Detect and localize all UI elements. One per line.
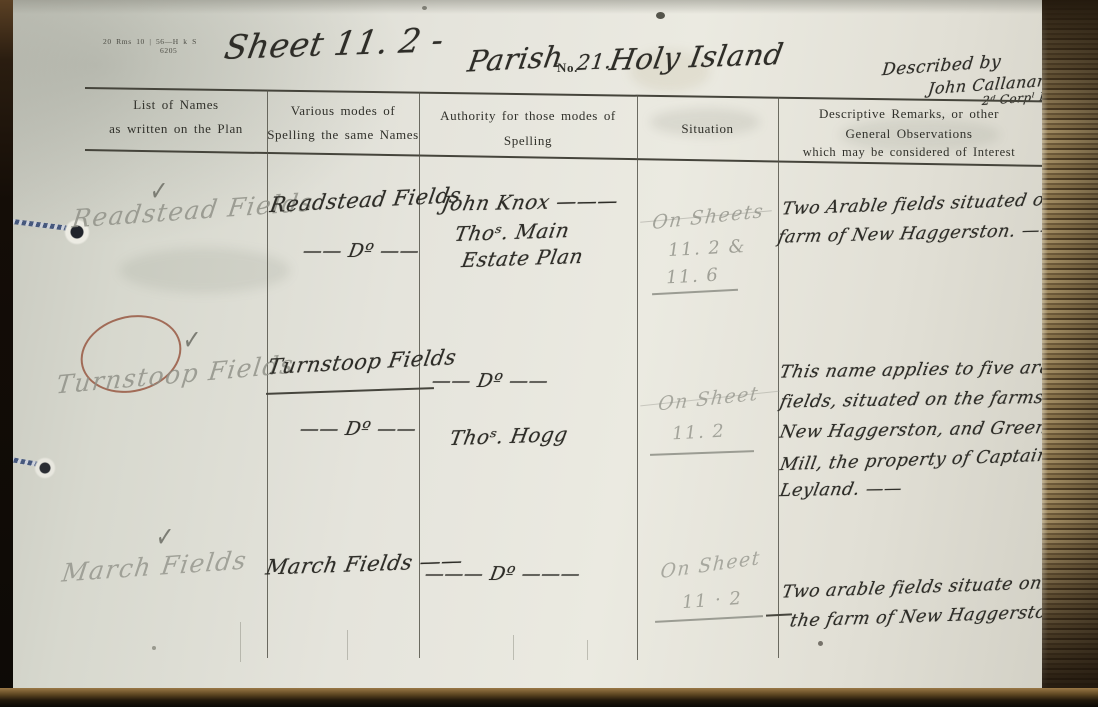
situation-entry: 11. 2 & bbox=[668, 236, 747, 261]
printer-stamp-line1: 20 Rms 10 | 56—H k S bbox=[103, 37, 197, 46]
col-header-names-line1: List of Names bbox=[85, 97, 267, 113]
printer-stamp-line2: 6205 bbox=[160, 46, 177, 55]
col-header-spelling-line1: Various modes of bbox=[267, 103, 419, 119]
situation-entry: 11. 2 bbox=[671, 421, 725, 445]
book-gutter-edge bbox=[0, 0, 13, 707]
col-header-authority-line2: Spelling bbox=[419, 133, 637, 149]
show-through-smudge bbox=[120, 248, 290, 293]
show-through-line bbox=[240, 622, 241, 662]
col-header-remarks-line2: General Observations bbox=[778, 126, 1040, 142]
book-bottom-edge bbox=[0, 688, 1098, 707]
page-top-shadow bbox=[12, 0, 1044, 14]
col-header-names-line2: as written on the Plan bbox=[85, 121, 267, 137]
scanned-ledger-page: 20 Rms 10 | 56—H k S 6205 Sheet 11. 2 - … bbox=[0, 0, 1098, 707]
checkmark: ✓ bbox=[182, 322, 202, 358]
sheet-title: Sheet 11. 2 - bbox=[222, 20, 448, 67]
parish-name: Holy Island bbox=[607, 37, 786, 77]
show-through-line bbox=[347, 630, 348, 660]
ink-spot bbox=[656, 12, 665, 19]
book-page-edges bbox=[1042, 0, 1098, 707]
col-header-remarks-line1: Descriptive Remarks, or other bbox=[778, 106, 1040, 122]
col-header-spelling-line2: Spelling the same Names bbox=[267, 127, 419, 143]
show-through-line bbox=[513, 635, 514, 660]
ink-spot bbox=[422, 6, 427, 10]
parish-script: Parish bbox=[465, 39, 566, 78]
binding-hole-bottom bbox=[34, 457, 56, 479]
ink-spot bbox=[818, 641, 823, 646]
spelling-ditto: —— Dº —— bbox=[298, 418, 418, 440]
authority-entry: Thoˢ. Hogg bbox=[448, 422, 570, 450]
authority-ditto: ——— Dº ——— bbox=[423, 563, 582, 585]
authority-entry: Thoˢ. Main bbox=[453, 218, 572, 246]
authority-ditto: —— Dº —— bbox=[430, 370, 550, 392]
col-header-remarks-line3: which may be considered of Interest bbox=[778, 145, 1040, 160]
spelling-ditto: —— Dº —— bbox=[301, 240, 421, 262]
col-header-situation: Situation bbox=[637, 121, 778, 137]
situation-entry: 11 · 2 bbox=[681, 588, 743, 613]
ink-spot bbox=[152, 646, 156, 650]
show-through-line bbox=[587, 640, 588, 660]
remarks-line: Leyland. —— bbox=[778, 479, 904, 501]
column-divider-3 bbox=[637, 95, 638, 660]
checkmark: ✓ bbox=[155, 519, 175, 555]
col-header-authority-line1: Authority for those modes of bbox=[419, 108, 637, 124]
authority-entry: Estate Plan bbox=[460, 244, 585, 272]
situation-entry: 11. 6 bbox=[665, 265, 719, 289]
authority-entry: John Knox ——— bbox=[440, 188, 621, 215]
